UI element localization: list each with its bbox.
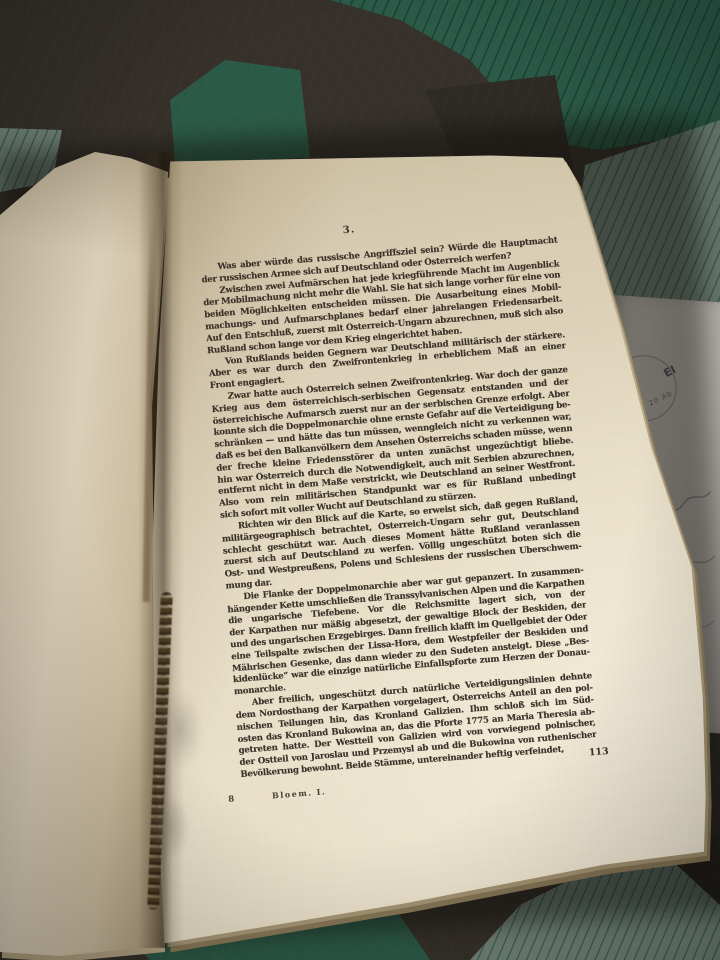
left-page bbox=[0, 148, 178, 960]
signature-sheet-number: 8 bbox=[228, 794, 235, 804]
page-text: 3. Was aber würde das russische Angriffs… bbox=[198, 208, 598, 781]
page-text-lines: Was aber würde das russische Angriffszie… bbox=[200, 235, 598, 781]
signature-mark: Bloem. I. bbox=[272, 786, 327, 800]
printer-signature: 8 Bloem. I. bbox=[228, 786, 327, 805]
